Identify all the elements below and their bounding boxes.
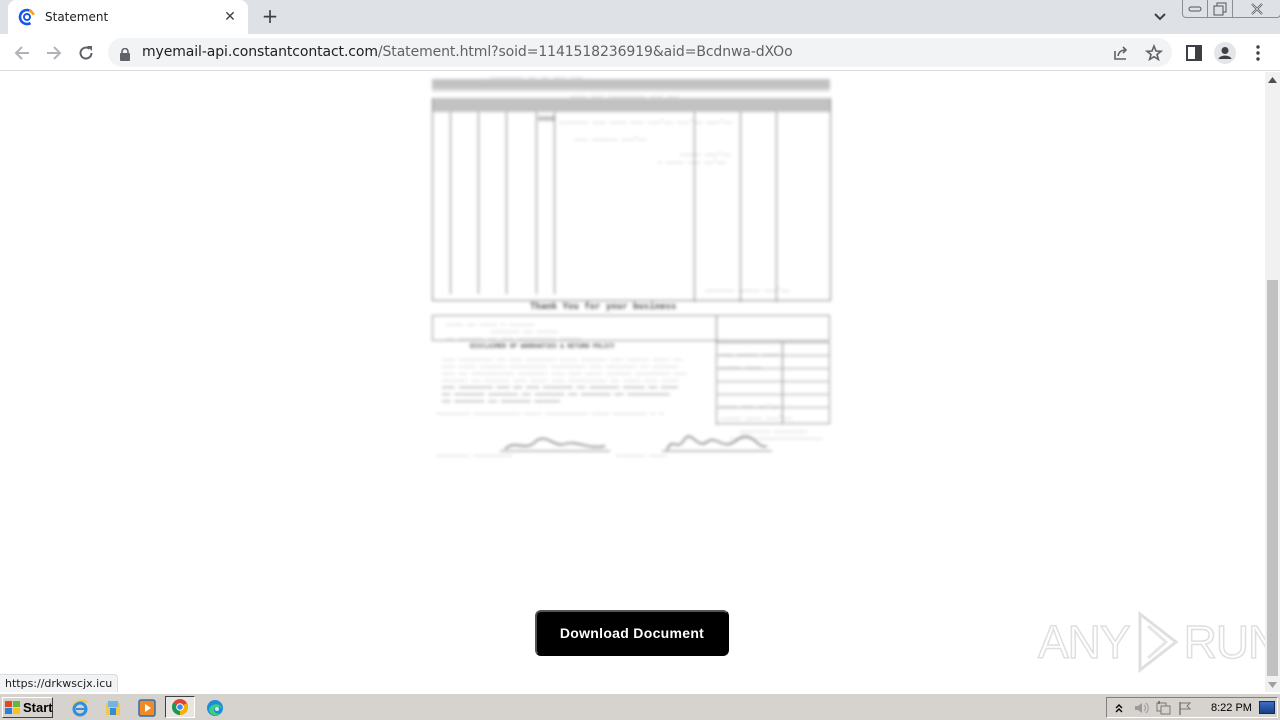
- tab-title: Statement: [45, 10, 222, 24]
- edge-icon[interactable]: [205, 698, 225, 718]
- side-panel-icon[interactable]: [1183, 42, 1205, 64]
- scroll-up-arrow-icon[interactable]: [1265, 72, 1280, 87]
- thank-you-text: Thank You for your business: [530, 302, 676, 312]
- download-document-button[interactable]: Download Document: [535, 610, 729, 656]
- watermark-left-text: ANY: [1038, 615, 1130, 669]
- url-path: /Statement.html?soid=1141518236919&aid=B…: [378, 44, 793, 60]
- play-logo-icon: [1134, 610, 1180, 674]
- url-text[interactable]: myemail-api.constantcontact.com/Statemen…: [142, 44, 793, 60]
- tab-strip: Statement ✕ +: [0, 0, 1280, 34]
- clock[interactable]: 8:22 PM: [1211, 702, 1252, 714]
- browser-toolbar: myemail-api.constantcontact.com/Statemen…: [0, 34, 1280, 71]
- system-tray: 8:22 PM: [1106, 697, 1278, 718]
- action-center-flag-icon[interactable]: [1175, 700, 1195, 716]
- bookmark-star-icon[interactable]: [1145, 44, 1163, 62]
- menu-icon[interactable]: [1247, 42, 1269, 64]
- reload-icon[interactable]: [74, 41, 98, 65]
- forward-icon[interactable]: [42, 41, 66, 65]
- volume-icon[interactable]: [1131, 700, 1151, 716]
- close-window-button[interactable]: [1233, 0, 1280, 17]
- show-hidden-icon[interactable]: [1109, 700, 1129, 716]
- new-tab-button[interactable]: +: [258, 6, 282, 28]
- anyrun-watermark: ANY RUN: [1038, 610, 1265, 674]
- tab-search-chevron-icon[interactable]: [1150, 8, 1170, 26]
- page-viewport: ________ __ __ ___ ___ ____ ___ ________…: [0, 72, 1265, 692]
- watermark-right-text: RUN: [1184, 615, 1265, 669]
- windows-taskbar: Start 8:22 PM: [0, 693, 1280, 720]
- blurred-statement-image: ________ __ __ ___ ___ ____ ___ ________…: [430, 72, 832, 460]
- start-label: Start: [23, 700, 53, 715]
- lock-icon[interactable]: [120, 46, 130, 65]
- disclaimer-heading: DISCLAIMER OF WARRANTIES & RETURN POLICY: [470, 343, 615, 350]
- vertical-scrollbar[interactable]: [1265, 72, 1280, 692]
- url-host: myemail-api.constantcontact.com: [142, 44, 378, 60]
- scrollbar-thumb[interactable]: [1267, 280, 1278, 676]
- media-player-icon[interactable]: [137, 698, 157, 718]
- share-icon[interactable]: [1112, 44, 1130, 62]
- constant-contact-icon: [18, 8, 36, 26]
- scroll-down-arrow-icon[interactable]: [1265, 677, 1280, 692]
- back-icon[interactable]: [10, 41, 34, 65]
- profile-icon[interactable]: [1214, 42, 1236, 64]
- minimize-button[interactable]: [1183, 0, 1208, 17]
- file-explorer-icon[interactable]: [103, 698, 123, 718]
- start-button[interactable]: Start: [2, 697, 53, 718]
- show-desktop-icon[interactable]: [1259, 701, 1275, 714]
- windows-logo-icon: [5, 701, 21, 715]
- window-controls: [1182, 0, 1280, 18]
- internet-explorer-icon[interactable]: [70, 698, 90, 718]
- tab-statement[interactable]: Statement ✕: [8, 0, 248, 34]
- close-tab-icon[interactable]: ✕: [222, 9, 238, 25]
- restore-button[interactable]: [1208, 0, 1233, 17]
- network-icon[interactable]: [1153, 700, 1173, 716]
- chrome-icon[interactable]: [165, 696, 195, 718]
- link-status-bubble: https://drkwscjx.icu: [0, 674, 118, 692]
- address-bar[interactable]: myemail-api.constantcontact.com/Statemen…: [108, 38, 1172, 67]
